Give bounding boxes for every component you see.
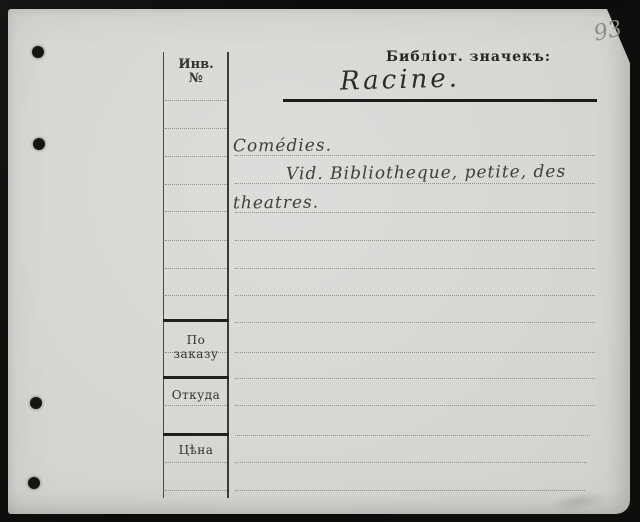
ruled-line (235, 490, 585, 491)
section-divider (163, 319, 229, 322)
ruled-line (165, 211, 227, 212)
catalog-card: 93 Библіот. значекъ: Racine. Инв. № (8, 9, 630, 514)
ruled-line (235, 405, 595, 406)
ruled-line (165, 268, 227, 269)
ruled-line (235, 352, 595, 353)
inventory-label-line2: № (163, 72, 229, 86)
scan-background: 93 Библіот. значекъ: Racine. Инв. № (0, 0, 640, 522)
ruled-line (235, 322, 595, 323)
ruled-line (165, 405, 227, 406)
ruled-line (235, 295, 595, 296)
ruled-line (165, 490, 227, 491)
ruled-line (165, 156, 227, 157)
hole-punch (33, 138, 45, 150)
ruled-line (235, 378, 595, 379)
entry-line: Vid. Bibliotheque, petite, des (286, 162, 566, 184)
section-divider (163, 433, 229, 436)
column-left-line (163, 52, 164, 498)
inventory-label-line1: Инв. (163, 58, 229, 72)
pencil-smudge (547, 489, 609, 515)
inventory-number-label: Инв. № (163, 58, 229, 86)
ruled-line (235, 435, 590, 436)
ruled-line (165, 128, 227, 129)
price-label: Цѣна (163, 443, 229, 457)
ruled-line (165, 184, 227, 185)
section-divider (163, 376, 229, 379)
card-title-handwritten: Racine. (305, 63, 496, 98)
hole-punch (32, 46, 44, 58)
entry-line: Comédies. (233, 136, 332, 157)
ruled-line (165, 462, 227, 463)
ruled-line (235, 462, 587, 463)
entry-line: theatres. (233, 193, 319, 214)
title-underline (283, 99, 597, 102)
ruled-line (235, 268, 595, 269)
hole-punch (30, 397, 42, 409)
column-right-line (227, 52, 229, 498)
ruled-line (165, 100, 227, 101)
hole-punch (28, 477, 40, 489)
order-label: По заказу (163, 333, 229, 361)
ruled-line (165, 240, 227, 241)
ruled-line (165, 295, 227, 296)
origin-label: Откуда (163, 388, 229, 402)
ruled-line (235, 240, 595, 241)
